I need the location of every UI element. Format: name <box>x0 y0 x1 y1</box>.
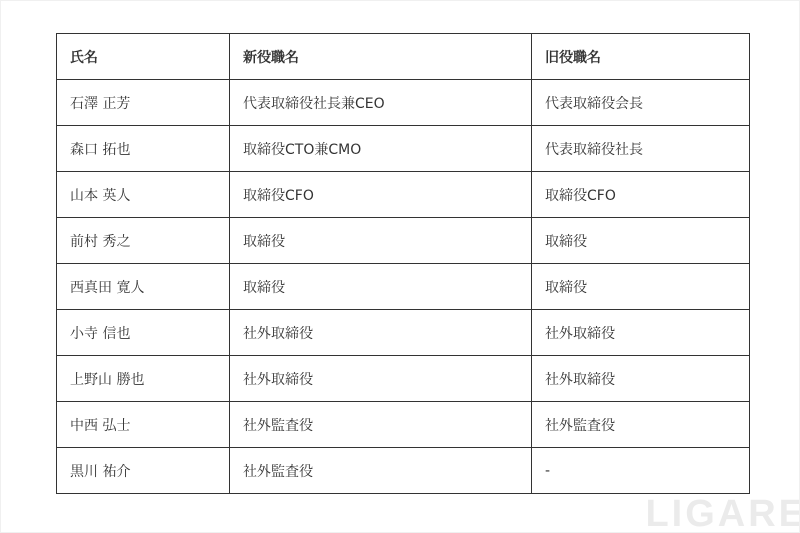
cell-name: 石澤 正芳 <box>57 80 230 126</box>
page: 氏名新役職名旧役職名 石澤 正芳代表取締役社長兼CEO代表取締役会長森口 拓也取… <box>0 0 800 533</box>
table-row: 中西 弘士社外監査役社外監査役 <box>57 402 750 448</box>
cell-old_title: 取締役CFO <box>532 172 750 218</box>
cell-name: 黒川 祐介 <box>57 448 230 494</box>
cell-new_title: 取締役 <box>230 218 532 264</box>
cell-name: 山本 英人 <box>57 172 230 218</box>
cell-new_title: 社外取締役 <box>230 310 532 356</box>
table-row: 西真田 寛人取締役取締役 <box>57 264 750 310</box>
executive-change-table: 氏名新役職名旧役職名 石澤 正芳代表取締役社長兼CEO代表取締役会長森口 拓也取… <box>56 33 750 494</box>
cell-new_title: 取締役 <box>230 264 532 310</box>
cell-old_title: 取締役 <box>532 264 750 310</box>
cell-new_title: 社外監査役 <box>230 402 532 448</box>
column-header-1: 新役職名 <box>230 34 532 80</box>
column-header-2: 旧役職名 <box>532 34 750 80</box>
table-body: 石澤 正芳代表取締役社長兼CEO代表取締役会長森口 拓也取締役CTO兼CMO代表… <box>57 80 750 494</box>
table-header-row: 氏名新役職名旧役職名 <box>57 34 750 80</box>
cell-name: 小寺 信也 <box>57 310 230 356</box>
cell-name: 森口 拓也 <box>57 126 230 172</box>
cell-old_title: 取締役 <box>532 218 750 264</box>
table-row: 小寺 信也社外取締役社外取締役 <box>57 310 750 356</box>
cell-old_title: 社外監査役 <box>532 402 750 448</box>
column-header-0: 氏名 <box>57 34 230 80</box>
cell-new_title: 社外取締役 <box>230 356 532 402</box>
cell-name: 西真田 寛人 <box>57 264 230 310</box>
table-row: 黒川 祐介社外監査役- <box>57 448 750 494</box>
cell-new_title: 社外監査役 <box>230 448 532 494</box>
table-row: 上野山 勝也社外取締役社外取締役 <box>57 356 750 402</box>
cell-old_title: 社外取締役 <box>532 310 750 356</box>
cell-new_title: 取締役CFO <box>230 172 532 218</box>
table-row: 山本 英人取締役CFO取締役CFO <box>57 172 750 218</box>
cell-new_title: 取締役CTO兼CMO <box>230 126 532 172</box>
table-row: 前村 秀之取締役取締役 <box>57 218 750 264</box>
cell-old_title: 代表取締役会長 <box>532 80 750 126</box>
cell-old_title: 代表取締役社長 <box>532 126 750 172</box>
cell-new_title: 代表取締役社長兼CEO <box>230 80 532 126</box>
cell-old_title: 社外取締役 <box>532 356 750 402</box>
cell-old_title: - <box>532 448 750 494</box>
table-row: 石澤 正芳代表取締役社長兼CEO代表取締役会長 <box>57 80 750 126</box>
cell-name: 上野山 勝也 <box>57 356 230 402</box>
cell-name: 中西 弘士 <box>57 402 230 448</box>
ligare-watermark: LIGARE <box>645 493 800 533</box>
cell-name: 前村 秀之 <box>57 218 230 264</box>
table-row: 森口 拓也取締役CTO兼CMO代表取締役社長 <box>57 126 750 172</box>
